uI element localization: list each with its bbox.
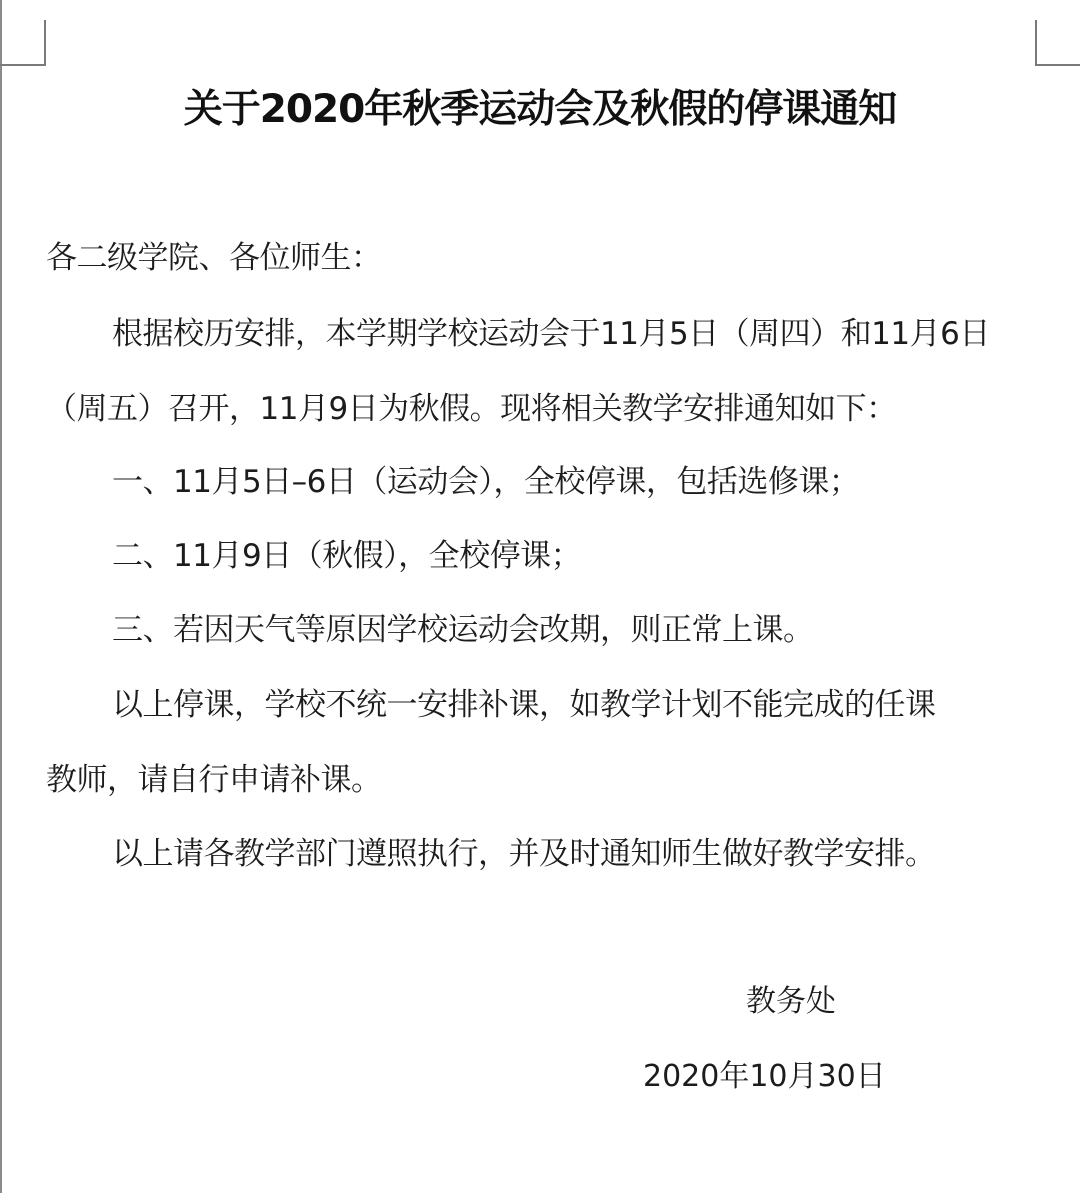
corner-crop-mark-top-left xyxy=(0,20,46,66)
makeup-paragraph-line-1: 以上停课，学校不统一安排补课，如教学计划不能完成的任课 xyxy=(112,679,936,724)
closing-paragraph: 以上请各教学部门遵照执行，并及时通知师生做好教学安排。 xyxy=(112,828,936,873)
page-edge xyxy=(0,0,2,1193)
document-title: 关于2020年秋季运动会及秋假的停课通知 xyxy=(0,78,1080,134)
signature-date: 2020年10月30日 xyxy=(643,1051,886,1095)
intro-paragraph-line-2: （周五）召开，11月9日为秋假。现将相关教学安排通知如下： xyxy=(46,383,897,428)
corner-crop-mark-top-right xyxy=(1035,20,1080,66)
list-item-3: 三、若因天气等原因学校运动会改期，则正常上课。 xyxy=(112,604,814,649)
intro-paragraph-line-1: 根据校历安排，本学期学校运动会于11月5日（周四）和11月6日 xyxy=(112,308,990,353)
salutation: 各二级学院、各位师生： xyxy=(46,232,382,277)
list-item-2: 二、11月9日（秋假），全校停课； xyxy=(112,530,581,575)
signature-department: 教务处 xyxy=(746,976,836,1020)
makeup-paragraph-line-2: 教师，请自行申请补课。 xyxy=(46,754,382,799)
list-item-1: 一、11月5日–6日（运动会），全校停课，包括选修课； xyxy=(112,456,859,501)
